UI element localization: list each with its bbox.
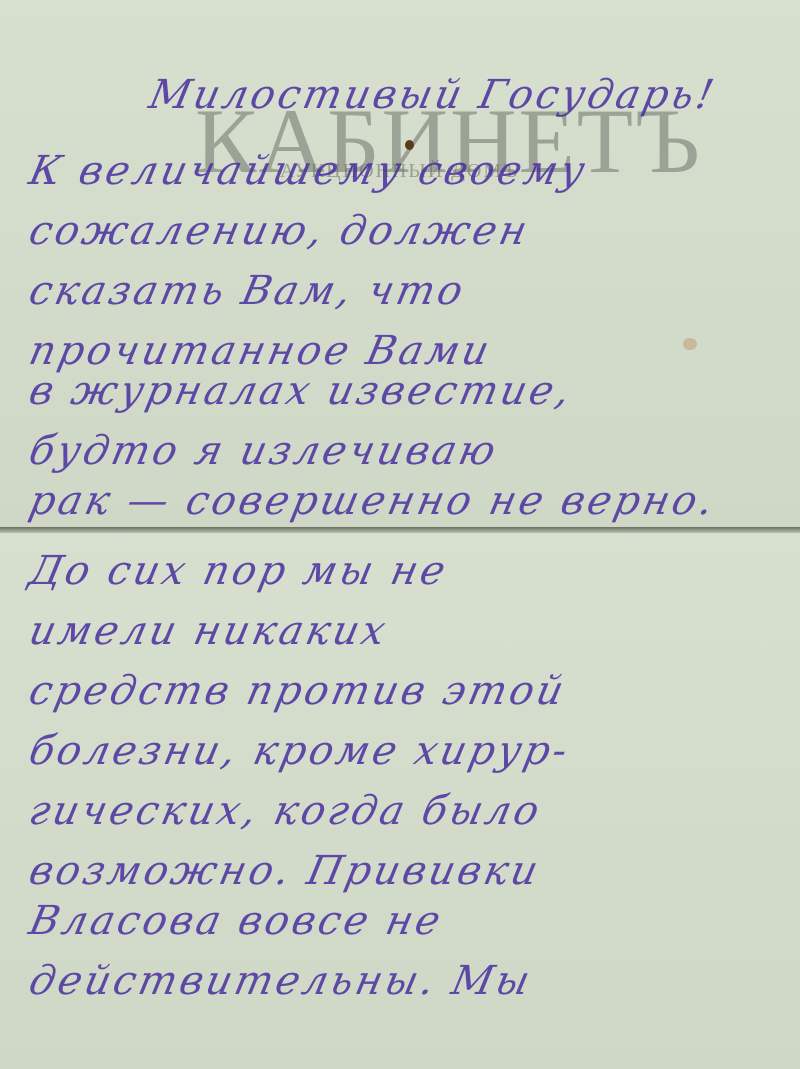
handwritten-line: будто я излечиваю: [25, 428, 785, 474]
handwritten-line: К величайшему своему: [25, 148, 785, 194]
handwritten-line: гических, когда было: [25, 788, 785, 834]
handwritten-line: сказать Вам, что: [25, 268, 785, 314]
salutation-line: Милостивый Государь!: [145, 72, 800, 118]
handwritten-line: имели никаких: [25, 608, 785, 654]
handwritten-line: возможно. Прививки: [25, 848, 785, 894]
handwritten-line: сожалению, должен: [25, 208, 785, 254]
handwritten-line: Власова вовсе не: [25, 898, 785, 944]
fold-crease: [0, 527, 800, 533]
handwritten-line: в журналах известие,: [25, 368, 785, 414]
handwritten-line: действительны. Мы: [25, 958, 785, 1004]
letter-sheet: КАБИНЕТЪ АУКЦИОННЫЙ ДОМЪ Милостивый Госу…: [0, 0, 800, 1069]
handwritten-line: болезни, кроме хирур-: [25, 728, 785, 774]
handwritten-line: средств против этой: [25, 668, 785, 714]
handwritten-line: рак — совершенно не верно.: [25, 478, 785, 524]
handwritten-line: До сих пор мы не: [25, 548, 785, 594]
